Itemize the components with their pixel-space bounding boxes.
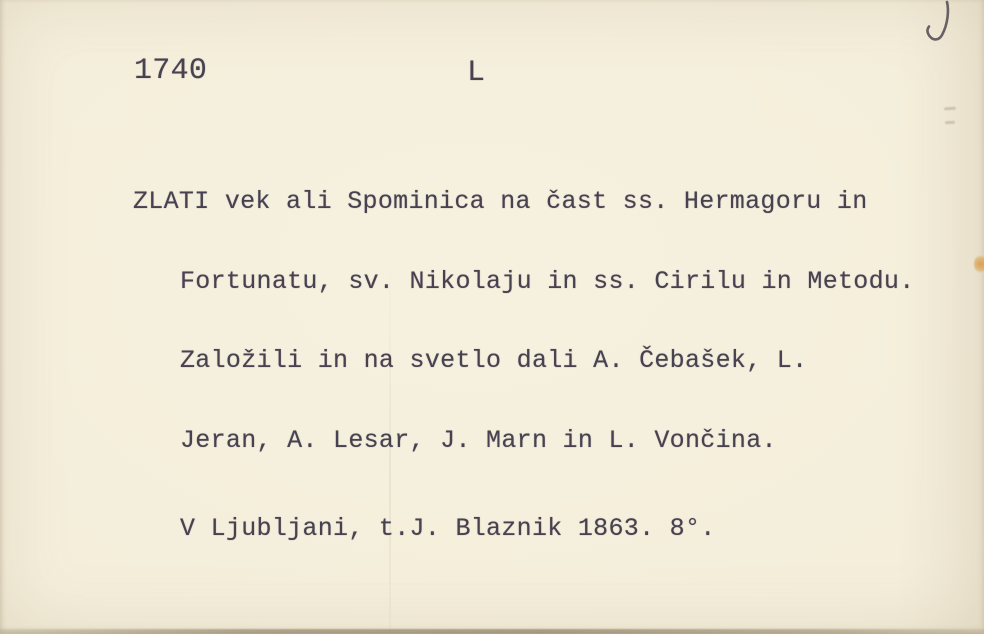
section-letter: L bbox=[467, 58, 485, 88]
catalog-card: 1740 L ZLATI vek ali Spominica na čast s… bbox=[0, 0, 984, 634]
ink-smudge bbox=[974, 255, 984, 273]
entry-line: Fortunatu, sv. Nikolaju in ss. Cirilu in… bbox=[133, 269, 933, 296]
entry-block: ZLATI vek ali Spominica na čast ss. Herm… bbox=[133, 136, 933, 596]
entry-line: Založili in na svetlo dali A. Čebašek, L… bbox=[133, 348, 933, 375]
entry-line: Jeran, A. Lesar, J. Marn in L. Vončina. bbox=[133, 428, 933, 455]
card-number: 1740 bbox=[134, 56, 207, 86]
pencil-dash-mark bbox=[945, 121, 955, 125]
imprint-line: V Ljubljani, t.J. Blaznik 1863. 8°. bbox=[133, 516, 933, 543]
entry-title-line: ZLATI vek ali Spominica na čast ss. Herm… bbox=[133, 189, 933, 216]
card-bottom-edge bbox=[0, 629, 984, 634]
handwritten-checkmark-icon bbox=[913, 0, 965, 52]
